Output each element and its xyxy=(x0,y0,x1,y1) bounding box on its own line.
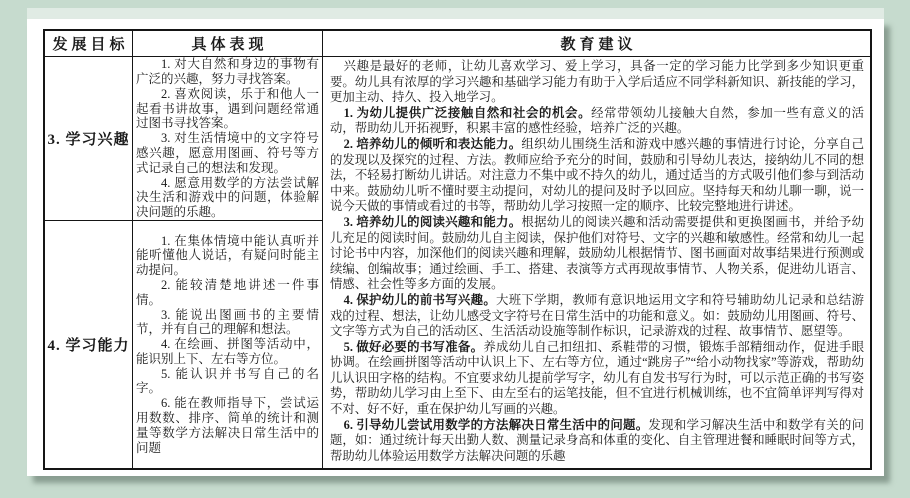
guideline-table: 发展目标 具体表现 教育建议 3. 学习兴趣 1. 对大自然和身边的事物有广泛的… xyxy=(43,29,872,470)
document-sheet: 发展目标 具体表现 教育建议 3. 学习兴趣 1. 对大自然和身边的事物有广泛的… xyxy=(27,19,884,476)
advice-item-lead: 4. 保护幼儿的前书写兴趣。 xyxy=(344,293,496,307)
behavior-cell-learning-interest: 1. 对大自然和身边的事物有广泛的兴趣，努力寻找答案。 2. 喜欢阅读，乐于和他… xyxy=(133,57,323,221)
advice-item: 4. 保护幼儿的前书写兴趣。大班下学期，教师有意识地运用文字和符号辅助幼儿记录和… xyxy=(330,293,864,340)
behavior-item: 4. 在绘画、拼图等活动中，能识别上下、左右等方位。 xyxy=(136,337,319,367)
behavior-item: 3. 对生活情境中的文字符号感兴趣，愿意用图画、符号等方式记录自己的想法和发现。 xyxy=(136,131,319,175)
behavior-item: 4. 愿意用数学的方法尝试解决生活和游戏中的问题，体验解决问题的乐趣。 xyxy=(136,176,319,220)
header-goal-label: 发展目标 xyxy=(52,33,128,54)
goal-label: 4. 学习能力 xyxy=(47,334,129,355)
advice-item-lead: 3. 培养幼儿的阅读兴趣和能力。 xyxy=(344,215,522,229)
header-behavior-label: 具体表现 xyxy=(191,33,267,54)
behavior-item: 2. 喜欢阅读，乐于和他人一起看书讲故事，遇到问题经常通过图书寻找答案。 xyxy=(136,87,319,131)
advice-intro: 兴趣是最好的老师，让幼儿喜欢学习、爱上学习，具备一定的学习能力比学到多少知识更重… xyxy=(330,59,864,106)
advice-item-lead: 1. 为幼儿提供广泛接触自然和社会的机会。 xyxy=(344,106,591,120)
header-advice: 教育建议 xyxy=(323,31,870,57)
advice-item: 1. 为幼儿提供广泛接触自然和社会的机会。经常带领幼儿接触大自然，参加一些有意义… xyxy=(330,106,864,137)
behavior-item: 3. 能说出图画书的主要情节，并有自己的理解和想法。 xyxy=(136,308,319,338)
advice-item-lead: 2. 培养幼儿的倾听和表达能力。 xyxy=(344,137,522,151)
advice-item: 5. 做好必要的书写准备。养成幼儿自己扣纽扣、系鞋带的习惯，锻炼手部精细动作，促… xyxy=(330,340,864,418)
advice-item: 3. 培养幼儿的阅读兴趣和能力。根据幼儿的阅读兴趣和活动需要提供和更换图画书，并… xyxy=(330,215,864,293)
advice-cell: 兴趣是最好的老师，让幼儿喜欢学习、爱上学习，具备一定的学习能力比学到多少知识更重… xyxy=(323,57,870,468)
goal-cell-learning-ability: 4. 学习能力 xyxy=(45,221,133,468)
goal-label: 3. 学习兴趣 xyxy=(47,128,129,149)
page-background: 发展目标 具体表现 教育建议 3. 学习兴趣 1. 对大自然和身边的事物有广泛的… xyxy=(0,0,910,498)
header-goal: 发展目标 xyxy=(45,31,133,57)
advice-item: 2. 培养幼儿的倾听和表达能力。组织幼儿围绕生活和游戏中感兴趣的事情进行讨论，分… xyxy=(330,137,864,215)
advice-item: 6. 引导幼儿尝试用数学的方法解决日常生活中的问题。发现和学习解决生活中和数学有… xyxy=(330,418,864,465)
behavior-item: 5. 能认识并书写自己的名字。 xyxy=(136,367,319,397)
advice-item-lead: 6. 引导幼儿尝试用数学的方法解决日常生活中的问题。 xyxy=(344,418,649,432)
behavior-item: 1. 对大自然和身边的事物有广泛的兴趣，努力寻找答案。 xyxy=(136,57,319,87)
goal-cell-learning-interest: 3. 学习兴趣 xyxy=(45,57,133,221)
behavior-cell-learning-ability: 1. 在集体情境中能认真听并能听懂他人说话，有疑问时能主动提问。 2. 能较清楚… xyxy=(133,221,323,468)
header-advice-label: 教育建议 xyxy=(560,33,636,54)
behavior-item: 1. 在集体情境中能认真听并能听懂他人说话，有疑问时能主动提问。 xyxy=(136,234,319,278)
header-behavior: 具体表现 xyxy=(133,31,323,57)
advice-item-lead: 5. 做好必要的书写准备。 xyxy=(344,340,484,354)
behavior-item: 2. 能较清楚地讲述一件事情。 xyxy=(136,278,319,308)
behavior-item: 6. 能在教师指导下，尝试运用数数、排序、简单的统计和测量等数学方法解决日常生活… xyxy=(136,396,319,455)
